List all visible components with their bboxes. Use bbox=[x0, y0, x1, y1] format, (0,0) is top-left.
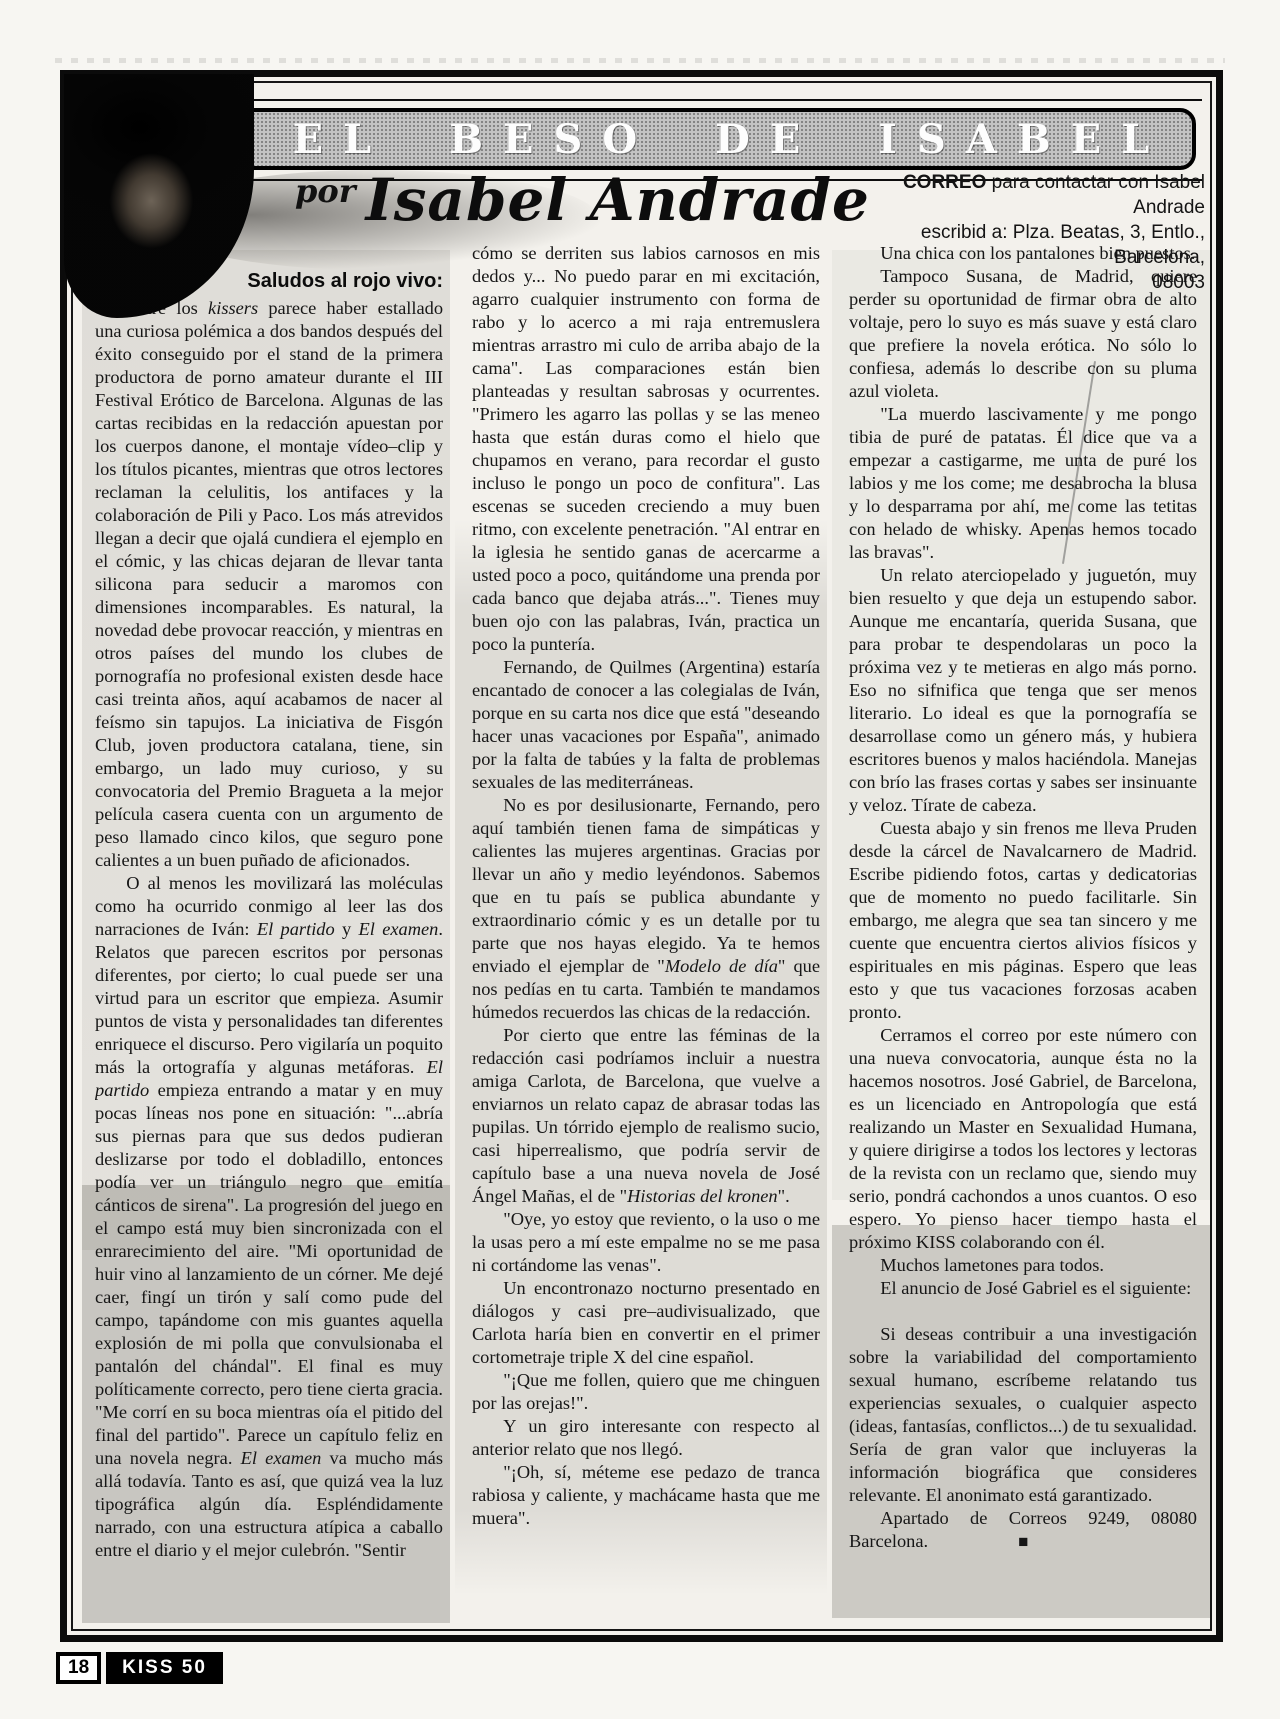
paragraph: "Oye, yo estoy que reviento, o la uso o … bbox=[472, 1208, 820, 1277]
article-column-1: Saludos al rojo vivo:Entre los kissers p… bbox=[95, 242, 443, 1624]
paragraph: Cuesta abajo y sin frenos me lleva Prude… bbox=[849, 817, 1197, 1024]
paragraph: Muchos lametones para todos. bbox=[849, 1254, 1197, 1277]
paragraph: Apartado de Correos 9249, 08080 Barcelon… bbox=[849, 1507, 1197, 1553]
contact-note-line-1: CORREO para contactar con Isabel Andrade bbox=[873, 170, 1205, 220]
paragraph: "¡Oh, sí, méteme ese pedazo de tranca ra… bbox=[472, 1461, 820, 1530]
paragraph: Si deseas contribuir a una investigación… bbox=[849, 1323, 1197, 1507]
paragraph: "La muerdo lascivamente y me pongo tibia… bbox=[849, 403, 1197, 564]
scan-noise-strip bbox=[55, 58, 1225, 63]
magazine-page: EL BESO DE ISABEL por Isabel Andrade COR… bbox=[0, 0, 1280, 1719]
paragraph: cómo se derriten sus labios carnosos en … bbox=[472, 242, 820, 656]
paragraph: Un encontronazo nocturno presentado en d… bbox=[472, 1277, 820, 1369]
contact-note: CORREO para contactar con Isabel Andrade… bbox=[873, 170, 1205, 295]
contact-note-line-2: escribid a: Plza. Beatas, 3, Entlo., Bar… bbox=[873, 220, 1205, 270]
article-columns: Saludos al rojo vivo:Entre los kissers p… bbox=[95, 242, 1197, 1624]
paragraph: "¡Que me follen, quiero que me chinguen … bbox=[472, 1369, 820, 1415]
paragraph: Entre los kissers parece haber estallado… bbox=[95, 297, 443, 872]
page-number-badge: 18 bbox=[56, 1652, 101, 1684]
paragraph: Y un giro interesante con respecto al an… bbox=[472, 1415, 820, 1461]
paragraph: El anuncio de José Gabriel es el siguien… bbox=[849, 1277, 1197, 1300]
byline-author-name: Isabel Andrade bbox=[366, 166, 870, 234]
paragraph: Por cierto que entre las féminas de la r… bbox=[472, 1024, 820, 1208]
byline: por Isabel Andrade bbox=[295, 166, 870, 234]
section-title-banner: EL BESO DE ISABEL bbox=[248, 108, 1196, 170]
page-footer: 18 KISS 50 bbox=[56, 1652, 223, 1684]
article-column-3: Una chica con los pantalones bien puesto… bbox=[849, 242, 1197, 1624]
article-end-mark: ■ bbox=[1018, 1532, 1028, 1551]
paragraph: Fernando, de Quilmes (Argentina) estaría… bbox=[472, 656, 820, 794]
contact-note-line-3: 08003 bbox=[873, 270, 1205, 295]
paragraph: Un relato aterciopelado y juguetón, muy … bbox=[849, 564, 1197, 817]
paragraph: O al menos les movilizará las moléculas … bbox=[95, 872, 443, 1562]
byline-prefix: por bbox=[295, 172, 356, 210]
correo-line1-rest: para contactar con Isabel Andrade bbox=[986, 172, 1205, 218]
section-title: EL BESO DE ISABEL bbox=[275, 116, 1170, 163]
magazine-issue-badge: KISS 50 bbox=[106, 1652, 223, 1684]
correo-label: CORREO bbox=[903, 172, 986, 193]
paragraph: Cerramos el correo por este número con u… bbox=[849, 1024, 1197, 1254]
paragraph: No es por desilusionarte, Fernando, pero… bbox=[472, 794, 820, 1024]
article-column-2: cómo se derriten sus labios carnosos en … bbox=[472, 242, 820, 1624]
